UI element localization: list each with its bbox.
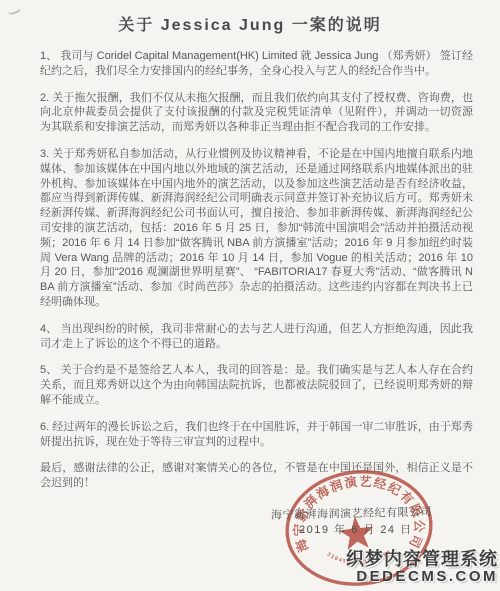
paragraph-5: 5、 关于合约是不是签给艺人本人，我司的回答是：是。我们确实是与艺人本人存在合约…: [40, 363, 473, 407]
watermark-chinese-line: 织梦内容管理系统: [346, 550, 498, 569]
page-title: 关于 Jessica Jung 一案的说明: [0, 0, 500, 35]
paragraph-6: 6. 经过两年的漫长诉讼之后，我们也终于在中国胜诉，并于韩国一审二审胜诉，由于郑…: [40, 420, 473, 450]
watermark-domain-line: DEDECMS.COM: [346, 569, 498, 585]
signature-company-name: 海宁新湃海润演艺经纪有限公司: [271, 503, 432, 522]
statement-body: 1、 我司与 Coridel Capital Management(HK) Li…: [0, 35, 500, 491]
dedecms-watermark: 织梦内容管理系统 DEDECMS.COM: [346, 550, 498, 585]
paragraph-1: 1、 我司与 Coridel Capital Management(HK) Li…: [40, 49, 473, 79]
paragraph-2: 2. 关于拖欠报酬，我们不仅从未拖欠报酬，而且我们依约向其支付了授权费、咨询费，…: [40, 91, 473, 135]
signature-date: 2019 年 6 月 24 日: [299, 521, 413, 537]
paragraph-3: 3. 关于郑秀妍私自参加活动，从行业惯例及协议精神看，不论是在中国内地擅自联系内…: [40, 147, 473, 310]
scanned-statement-page: 关于 Jessica Jung 一案的说明 1、 我司与 Coridel Cap…: [0, 0, 500, 591]
paragraph-4: 4、 当出现纠纷的时候，我司非常耐心的去与艺人进行沟通，但艺人方拒绝沟通，因此我…: [40, 322, 473, 352]
